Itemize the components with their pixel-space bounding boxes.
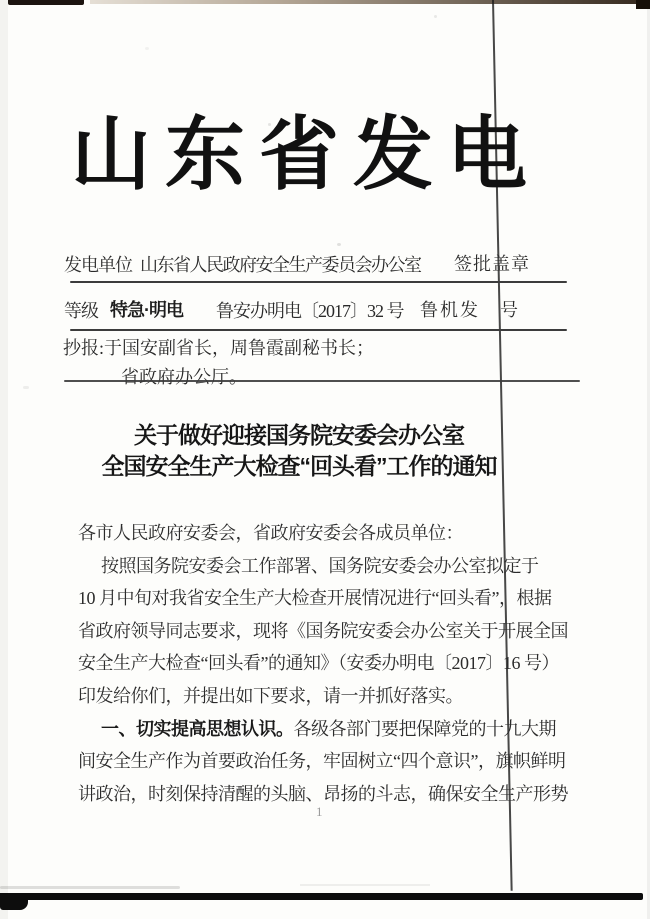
subject-title-line-2: 全国安全生产大检查“回头看”工作的通知 bbox=[32, 451, 566, 482]
issuing-unit-value: 山东省人民政府安全生产委员会办公室 bbox=[140, 251, 421, 277]
document-subject-title: 关于做好迎接国务院安委会办公室 全国安全生产大检查“回头看”工作的通知 bbox=[32, 420, 566, 482]
urgency-level-label: 等级 bbox=[64, 297, 98, 323]
body-line: 讲政治，时刻保持清醒的头脑、昂扬的斗志，确保安全生产形势 bbox=[78, 780, 588, 813]
body-line: 印发给你们，并提出如下要求，请一并抓好落实。 bbox=[78, 682, 588, 715]
body-line: 间安全生产作为首要政治任务，牢固树立“四个意识”，旗帜鲜明 bbox=[78, 747, 588, 780]
serial-number-blank: 鲁机发 号 bbox=[420, 296, 520, 322]
body-line: 省政府领导同志要求，现将《国务院安委会办公室关于开展全国 bbox=[78, 617, 588, 650]
body-line-text: 各级各部门要把保障党的十九大期 bbox=[294, 719, 557, 739]
page-number: 1 bbox=[316, 804, 323, 820]
scan-top-edge-mark-left bbox=[8, 0, 84, 5]
header-rule-line bbox=[64, 380, 580, 382]
scan-top-corner-mark bbox=[636, 0, 650, 9]
scan-bottom-edge-line bbox=[0, 893, 643, 900]
body-line: 安全生产大检查“回头看”的通知》（安委办明电〔2017〕16 号） bbox=[78, 649, 588, 682]
body-salutation: 各市人民政府安委会，省政府安委会各成员单位： bbox=[78, 519, 588, 552]
scan-top-edge-mark-right bbox=[90, 0, 636, 4]
section-1-heading: 一、切实提高思想认识。 bbox=[101, 719, 294, 739]
header-rule-line bbox=[70, 281, 567, 283]
header-rule-line bbox=[70, 329, 567, 331]
copy-to-line-2: 省政府办公厅。 bbox=[121, 363, 247, 389]
body-line: 一、切实提高思想认识。各级各部门要把保障党的十九大期 bbox=[78, 715, 588, 748]
scan-speck bbox=[434, 15, 437, 18]
scanned-document-page: 山东省发电 发电单位 山东省人民政府安全生产委员会办公室 签批盖章 等级 特急·… bbox=[0, 0, 650, 919]
body-line: 10 月中旬对我省安全生产大检查开展情况进行“回头看”，根据 bbox=[78, 584, 588, 617]
scan-speck bbox=[23, 386, 29, 389]
scan-speck bbox=[145, 47, 149, 50]
issuing-unit-label: 发电单位 bbox=[64, 251, 132, 277]
signature-seal-label: 签批盖章 bbox=[454, 250, 530, 276]
scan-bottom-corner-mark bbox=[0, 893, 28, 910]
scan-speck bbox=[337, 243, 341, 246]
scan-bottom-smudge bbox=[300, 884, 430, 886]
body-line: 按照国务院安委会工作部署、国务院安委会办公室拟定于 bbox=[78, 552, 588, 585]
subject-title-line-1: 关于做好迎接国务院安委会办公室 bbox=[32, 420, 566, 451]
document-number: 鲁安办明电〔2017〕32 号 bbox=[216, 297, 404, 323]
copy-to-line-1: 抄报:于国安副省长，周鲁霞副秘书长； bbox=[63, 334, 374, 360]
document-body: 各市人民政府安委会，省政府安委会各成员单位： 按照国务院安委会工作部署、国务院安… bbox=[78, 519, 588, 812]
scan-bottom-smudge bbox=[0, 886, 180, 889]
urgency-level-value: 特急·明电 bbox=[110, 296, 183, 322]
scan-left-edge-shadow bbox=[0, 0, 8, 919]
masthead-title: 山东省发电 bbox=[36, 106, 576, 206]
